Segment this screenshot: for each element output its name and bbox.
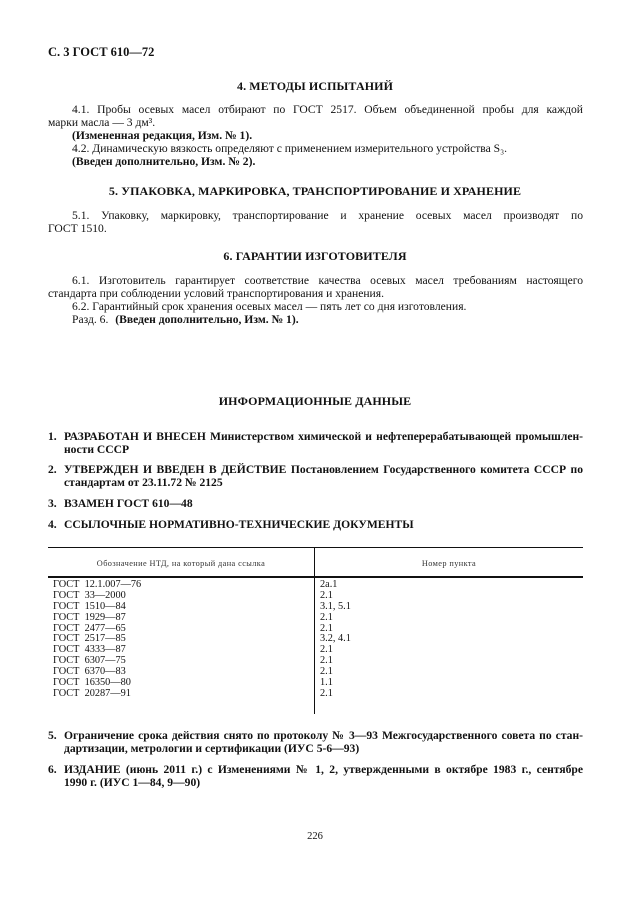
- info-item-1-number: 1.: [48, 430, 57, 443]
- info-item-3: 3. ВЗАМЕН ГОСТ 610—48: [48, 497, 583, 510]
- info-item-2-text: Постановлением Государственного комитета…: [291, 463, 583, 476]
- info-item-3-lead: ВЗАМЕН ГОСТ 610—48: [64, 497, 583, 510]
- info-item-5-line1: Ограничение срока действия снято по прот…: [64, 729, 583, 742]
- info-item-6-line2: 1990 г. (ИУС 1—84, 9—90): [64, 776, 583, 789]
- paragraph-4-1-line1: 4.1. Пробы осевых масел отбирают по ГОСТ…: [48, 103, 583, 116]
- table-row: ГОСТ 2477—652.1: [48, 624, 583, 635]
- info-item-2-line1: УТВЕРЖДЕН И ВВЕДЕН В ДЕЙСТВИЕ Постановле…: [64, 463, 583, 476]
- paragraph-4-1: 4.1. Пробы осевых масел отбирают по ГОСТ…: [48, 103, 583, 129]
- info-item-5: 5. Ограничение срока действия снято по п…: [48, 729, 583, 755]
- table-cell-document: ГОСТ 20287—91: [53, 689, 131, 700]
- table-row: ГОСТ 4333—872.1: [48, 645, 583, 656]
- paragraph-5-1-line2: ГОСТ 1510.: [48, 222, 583, 235]
- info-item-2-number: 2.: [48, 463, 57, 476]
- page-number: 226: [0, 830, 630, 843]
- table-cell-clause: 2.1: [320, 613, 333, 624]
- info-item-1-line1: РАЗРАБОТАН И ВНЕСЕН Министерством химиче…: [64, 430, 583, 443]
- table-header-document: Обозначение НТД, на который дана ссылка: [48, 557, 314, 570]
- info-item-6-number: 6.: [48, 763, 57, 776]
- info-item-4: 4. ССЫЛОЧНЫЕ НОРМАТИВНО-ТЕХНИЧЕСКИЕ ДОКУ…: [48, 518, 583, 531]
- info-item-4-lead: ССЫЛОЧНЫЕ НОРМАТИВНО-ТЕХНИЧЕСКИЕ ДОКУМЕН…: [64, 518, 583, 531]
- paragraph-6-1-line2: стандарта при соблюдении условий транспо…: [48, 287, 583, 300]
- paragraph-6-2: 6.2. Гарантийный срок хранения осевых ма…: [72, 300, 466, 313]
- info-item-5-line2: дартизации, метрологии и сертификации (И…: [64, 742, 583, 755]
- info-item-5-number: 5.: [48, 729, 57, 742]
- table-row: ГОСТ 6307—752.1: [48, 656, 583, 667]
- table-header-clause: Номер пункта: [315, 557, 583, 570]
- info-title: ИНФОРМАЦИОННЫЕ ДАННЫЕ: [0, 395, 630, 408]
- note-added-2: (Введен дополнительно, Изм. № 2).: [72, 155, 255, 168]
- info-item-3-number: 3.: [48, 497, 57, 510]
- table-row: ГОСТ 20287—912.1: [48, 689, 583, 700]
- note-amended-1: (Измененная редакция, Изм. № 1).: [72, 129, 252, 142]
- table-cell-clause: 2.1: [320, 689, 333, 700]
- info-item-1: 1. РАЗРАБОТАН И ВНЕСЕН Министерством хим…: [48, 430, 583, 456]
- info-item-6-lead: ИЗДАНИЕ: [64, 763, 121, 776]
- table-header-divider: [48, 576, 583, 578]
- table-row: ГОСТ 1929—872.1: [48, 613, 583, 624]
- note-section-6-prefix: Разд. 6.: [72, 313, 108, 326]
- paragraph-5-1: 5.1. Упаковку, маркировку, транспортиров…: [48, 209, 583, 235]
- note-section-6-text: (Введен дополнительно, Изм. № 1).: [115, 313, 298, 326]
- table-row: ГОСТ 33—20002.1: [48, 591, 583, 602]
- info-item-1-line2: ности СССР: [64, 443, 583, 456]
- section-4-title: 4. МЕТОДЫ ИСПЫТАНИЙ: [0, 80, 630, 93]
- info-item-4-number: 4.: [48, 518, 57, 531]
- info-item-6: 6. ИЗДАНИЕ (июнь 2011 г.) с Изменениями …: [48, 763, 583, 789]
- info-item-1-lead: РАЗРАБОТАН И ВНЕСЕН: [64, 430, 206, 443]
- info-item-2-line2: стандартам от 23.11.72 № 2125: [64, 476, 583, 489]
- table-cell-document: ГОСТ 1929—87: [53, 613, 126, 624]
- paragraph-5-1-line1: 5.1. Упаковку, маркировку, транспортиров…: [48, 209, 583, 222]
- note-section-6: Разд. 6. (Введен дополнительно, Изм. № 1…: [72, 313, 299, 326]
- paragraph-6-1: 6.1. Изготовитель гарантирует соответств…: [48, 274, 583, 300]
- info-item-1-text: Министерством химической и нефтеперераба…: [210, 430, 583, 443]
- info-item-6-line1: ИЗДАНИЕ (июнь 2011 г.) с Изменениями № 1…: [64, 763, 583, 776]
- table-body: ГОСТ 12.1.007—762а.1ГОСТ 33—20002.1ГОСТ …: [48, 580, 583, 700]
- paragraph-4-1-line2: марки масла — 3 дм³.: [48, 116, 583, 129]
- table-row: ГОСТ 12.1.007—762а.1: [48, 580, 583, 591]
- section-5-title: 5. УПАКОВКА, МАРКИРОВКА, ТРАНСПОРТИРОВАН…: [0, 185, 630, 198]
- info-item-2-lead: УТВЕРЖДЕН И ВВЕДЕН В ДЕЙСТВИЕ: [64, 463, 286, 476]
- section-6-title: 6. ГАРАНТИИ ИЗГОТОВИТЕЛЯ: [0, 250, 630, 263]
- paragraph-6-1-line1: 6.1. Изготовитель гарантирует соответств…: [48, 274, 583, 287]
- page-header: С. 3 ГОСТ 610—72: [48, 46, 154, 59]
- table-row: ГОСТ 2517—853.2, 4.1: [48, 634, 583, 645]
- info-item-6-text: (июнь 2011 г.) с Изменениями № 1, 2, утв…: [126, 763, 583, 776]
- paragraph-4-2: 4.2. Динамическую вязкость определяют с …: [72, 142, 507, 155]
- info-item-2: 2. УТВЕРЖДЕН И ВВЕДЕН В ДЕЙСТВИЕ Постано…: [48, 463, 583, 489]
- table-top-border: [48, 547, 583, 548]
- table-row: ГОСТ 1510—843.1, 5.1: [48, 602, 583, 613]
- referenced-documents-table: Обозначение НТД, на который дана ссылка …: [48, 547, 583, 715]
